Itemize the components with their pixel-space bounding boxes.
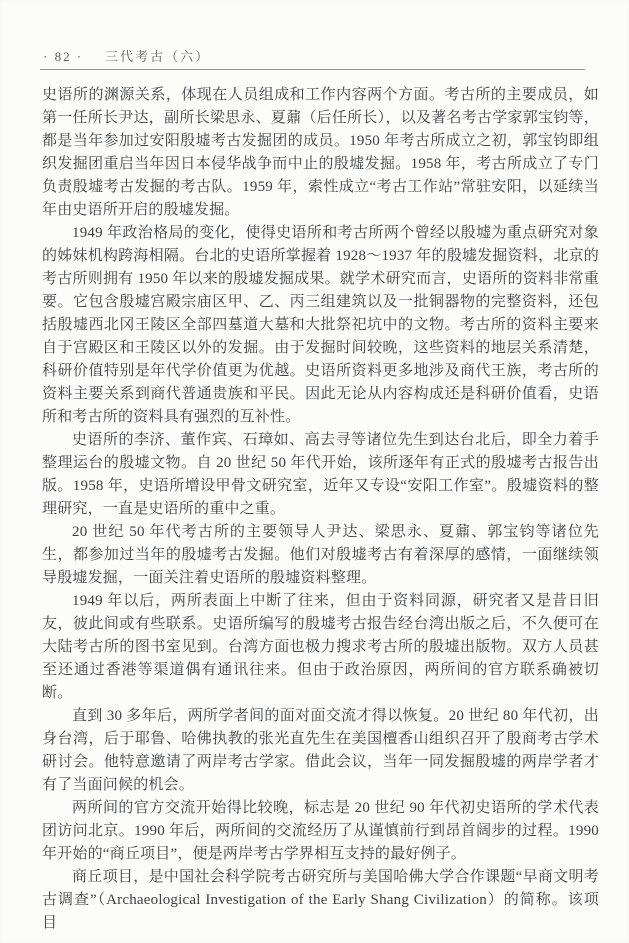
page-body: 史语所的渊源关系，体现在人员组成和工作内容两个方面。考古所的主要成员，如第一任所… — [42, 84, 599, 935]
body-paragraph: 20 世纪 50 年代考古所的主要领导人尹达、梁思永、夏鼐、郭宝钧等诸位先生，都… — [42, 521, 599, 590]
body-paragraph: 史语所的李济、董作宾、石璋如、高去寻等诸位先生到达台北后，即全力着手整理运台的殷… — [42, 429, 599, 521]
body-paragraph: 1949 年政治格局的变化，使得史语所和考古所两个曾经以殷墟为重点研究对象的姊妹… — [42, 222, 599, 429]
running-header: · 82 · 三代考古（六） — [43, 46, 599, 65]
body-paragraph: 两所间的官方交流开始得比较晚，标志是 20 世纪 90 年代初史语所的学术代表团… — [42, 797, 599, 866]
body-paragraph: 商丘项目，是中国社会科学院考古研究所与美国哈佛大学合作课题“早商文明考古调查”（… — [42, 866, 599, 935]
body-paragraph: 直到 30 多年后，两所学者间的面对面交流才得以恢复。20 世纪 80 年代初，… — [42, 705, 599, 797]
book-title: 三代考古（六） — [105, 46, 210, 65]
book-page: · 82 · 三代考古（六） 史语所的渊源关系，体现在人员组成和工作内容两个方面… — [0, 0, 629, 943]
body-paragraph: 1949 年以后，两所表面上中断了往来，但由于资料同源，研究者又是昔日旧友，彼此… — [42, 590, 599, 705]
page-number: · 82 · — [43, 49, 83, 65]
header-rule — [40, 69, 585, 70]
body-paragraph: 史语所的渊源关系，体现在人员组成和工作内容两个方面。考古所的主要成员，如第一任所… — [42, 84, 599, 222]
